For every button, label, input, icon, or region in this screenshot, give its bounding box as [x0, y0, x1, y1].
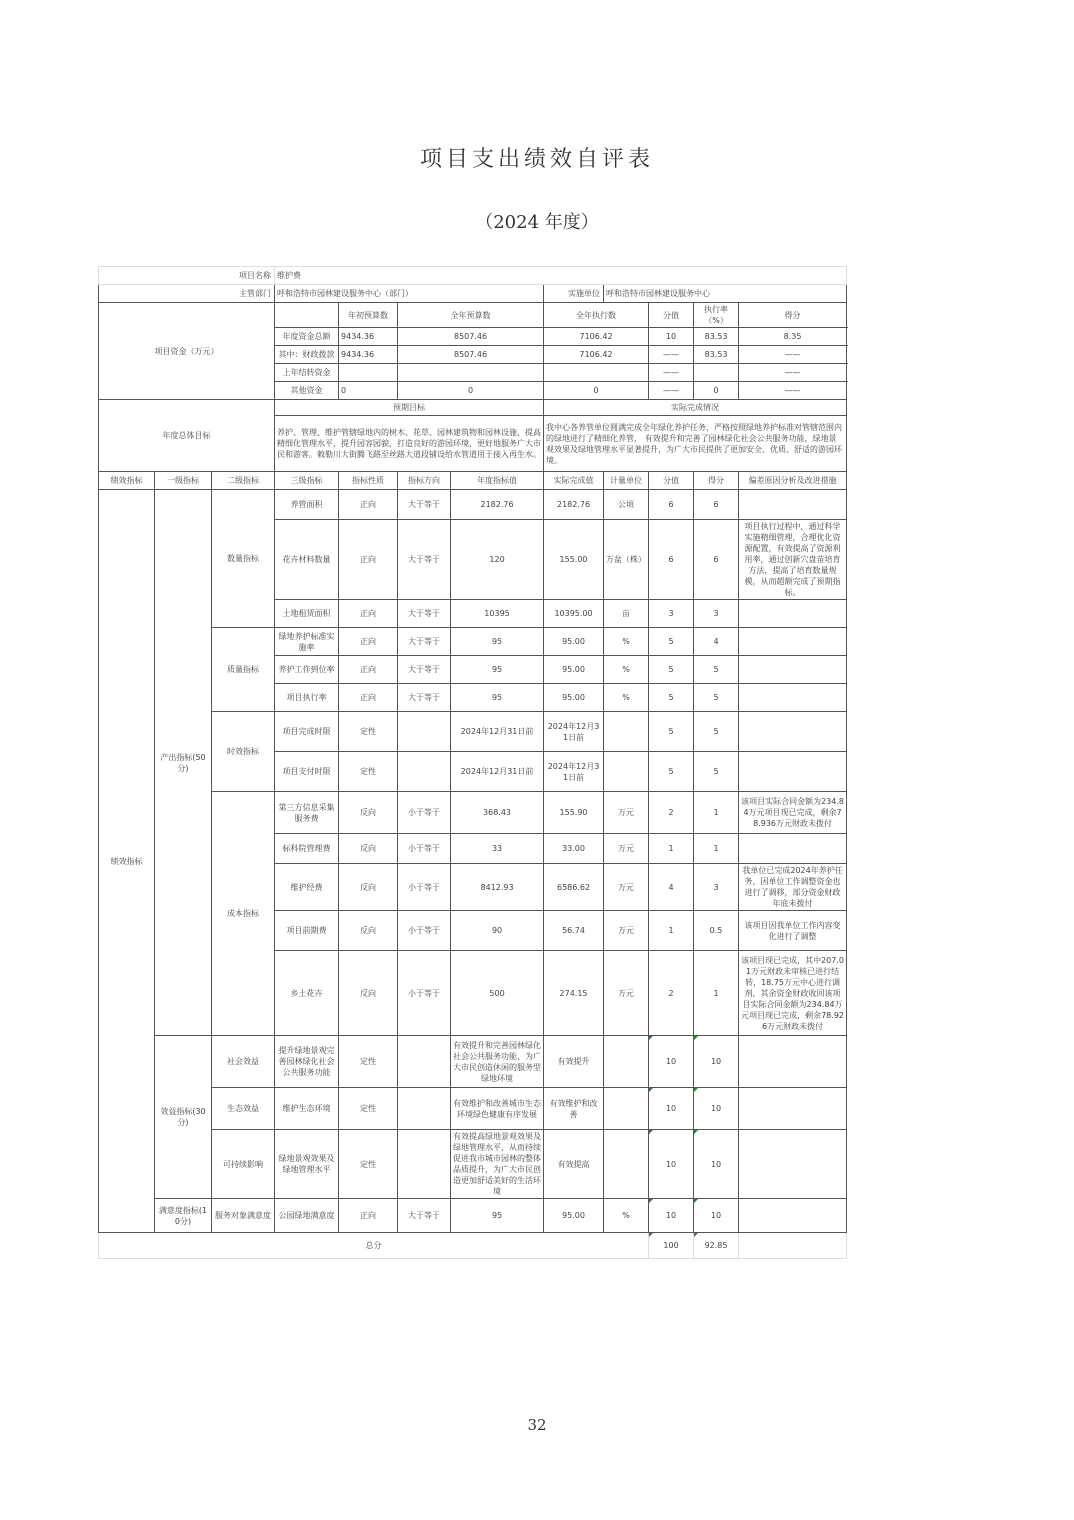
project-name: 维护费: [275, 267, 847, 285]
annual-target: 有效提升和完善园林绿化社会公共服务功能，为广大市民创造休闲的服务型绿地环境: [451, 1036, 544, 1088]
score: ——: [739, 382, 847, 400]
indicator-direction: 大于等于: [398, 684, 451, 712]
funds-row-label: 其中：财政拨款: [275, 346, 339, 364]
unit: 亩: [604, 600, 649, 628]
actual-value: 155.00: [544, 520, 604, 600]
actual-value: 2024年12月31日前: [544, 712, 604, 752]
level3-indicator: 养管面积: [275, 490, 339, 520]
unit: %: [604, 656, 649, 684]
level2-indicator: 可持续影响: [212, 1130, 275, 1199]
unit: 公顷: [604, 490, 649, 520]
score-value: 10: [649, 1036, 694, 1088]
score: 8.35: [739, 328, 847, 346]
indicator-nature: 定性: [339, 712, 398, 752]
score-value: 1: [649, 911, 694, 951]
score: 10: [694, 1088, 739, 1130]
document-title: 项目支出绩效自评表: [0, 142, 1074, 173]
score-value: ——: [649, 346, 694, 364]
initial-budget: [339, 364, 398, 382]
executed-amount: 7106.42: [544, 328, 649, 346]
indicator-direction: [398, 1130, 451, 1199]
deviation-note: 该项目实际合同金额为234.84万元项目现已完成，剩余78.936万元财政未拨付: [739, 792, 847, 834]
initial-budget: 9434.36: [339, 328, 398, 346]
indicator-nature: 反向: [339, 864, 398, 911]
indicator-row: 满意度指标(10分)服务对象满意度公园绿地满意度正向大于等于9595.00%10…: [99, 1199, 847, 1233]
level3-indicator: 公园绿地满意度: [275, 1199, 339, 1233]
impl-label: 实施单位: [544, 285, 604, 303]
indicator-direction: 小于等于: [398, 834, 451, 864]
level3-indicator: 养护工作到位率: [275, 656, 339, 684]
indicator-row: 可持续影响绿地景观效果及绿地管理水平定性有效提高绿地景观效果及绿地管理水平，从而…: [99, 1130, 847, 1199]
actual-value: 有效提升: [544, 1036, 604, 1088]
execution-rate: 83.53: [694, 328, 739, 346]
indicator-header: 年度指标值: [451, 472, 544, 490]
level3-indicator: 绿地景观效果及绿地管理水平: [275, 1130, 339, 1199]
indicator-header: 分值: [649, 472, 694, 490]
level2-indicator: 数量指标: [212, 490, 275, 628]
indicator-direction: 大于等于: [398, 628, 451, 656]
deviation-note: [739, 1036, 847, 1088]
score: 1: [694, 951, 739, 1036]
full-budget: 0: [398, 382, 544, 400]
unit: [604, 752, 649, 792]
level2-indicator: 生态效益: [212, 1088, 275, 1130]
total-note: [739, 1233, 847, 1259]
impl-value: 呼和浩特市园林建设服务中心: [604, 285, 847, 303]
indicator-header: 二级指标: [212, 472, 275, 490]
deviation-note: [739, 834, 847, 864]
actual-value: 56.74: [544, 911, 604, 951]
deviation-note: [739, 684, 847, 712]
indicator-row: 效益指标(30分)社会效益提升绿地景观完善园林绿化社会公共服务功能定性有效提升和…: [99, 1036, 847, 1088]
funds-header: 全年执行数: [544, 303, 649, 328]
annual-target: 500: [451, 951, 544, 1036]
unit: [604, 712, 649, 752]
score: 1: [694, 792, 739, 834]
actual-value: 95.00: [544, 684, 604, 712]
indicator-header: 绩效指标: [99, 472, 155, 490]
score: 3: [694, 600, 739, 628]
indicator-row: 绩效指标产出指标(50分)数量指标养管面积正向大于等于2182.762182.7…: [99, 490, 847, 520]
actual-goal-text: 我中心各养管单位圆满完成全年绿化养护任务，严格按照绿地养护标准对管辖范围内的绿地…: [544, 416, 847, 472]
level3-indicator: 项目执行率: [275, 684, 339, 712]
score-value: 10: [649, 1088, 694, 1130]
dept-value: 呼和浩特市园林建设服务中心（部门）: [275, 285, 544, 303]
executed-amount: 7106.42: [544, 346, 649, 364]
annual-target: 2182.76: [451, 490, 544, 520]
actual-value: 95.00: [544, 656, 604, 684]
unit: 万元: [604, 792, 649, 834]
goal-label: 年度总体目标: [99, 400, 275, 472]
score: ——: [739, 346, 847, 364]
document-subtitle: （2024 年度）: [0, 208, 1074, 234]
deviation-note: [739, 1130, 847, 1199]
level2-indicator: 时效指标: [212, 712, 275, 792]
indicator-header: 计量单位: [604, 472, 649, 490]
unit: 万元: [604, 864, 649, 911]
actual-value: 有效维护和改善: [544, 1088, 604, 1130]
execution-rate: 83.53: [694, 346, 739, 364]
level2-indicator: 成本指标: [212, 792, 275, 1036]
score: 5: [694, 656, 739, 684]
deviation-note: [739, 1199, 847, 1233]
indicator-header: 指标性质: [339, 472, 398, 490]
level2-indicator: 社会效益: [212, 1036, 275, 1088]
score: 10: [694, 1036, 739, 1088]
annual-target: 120: [451, 520, 544, 600]
unit: 万元: [604, 951, 649, 1036]
unit: [604, 1130, 649, 1199]
executed-amount: 0: [544, 382, 649, 400]
unit: 万元: [604, 834, 649, 864]
indicator-nature: 反向: [339, 911, 398, 951]
annual-target: 10395: [451, 600, 544, 628]
total-row: 总分10092.85: [99, 1233, 847, 1259]
score-value: 10: [649, 328, 694, 346]
deviation-note: [739, 712, 847, 752]
total-score-value: 100: [649, 1233, 694, 1259]
indicator-direction: [398, 712, 451, 752]
level3-indicator: 绿地养护标准实施率: [275, 628, 339, 656]
unit: %: [604, 1199, 649, 1233]
annual-target: 95: [451, 1199, 544, 1233]
self-evaluation-table: 项目名称 维护费 主管部门 呼和浩特市园林建设服务中心（部门） 实施单位 呼和浩…: [98, 266, 847, 1259]
level3-indicator: 第三方信息采集服务费: [275, 792, 339, 834]
actual-goal-label: 实际完成情况: [544, 400, 847, 416]
indicator-header: 指标方向: [398, 472, 451, 490]
score-value: 5: [649, 656, 694, 684]
level3-indicator: 维护经费: [275, 864, 339, 911]
deviation-note: 该项目因我单位工作内容变化进行了调整: [739, 911, 847, 951]
score: 10: [694, 1199, 739, 1233]
indicator-direction: 大于等于: [398, 520, 451, 600]
annual-target: 90: [451, 911, 544, 951]
actual-value: 2024年12月31日前: [544, 752, 604, 792]
full-budget: [398, 364, 544, 382]
score: 6: [694, 520, 739, 600]
annual-target: 8412.93: [451, 864, 544, 911]
project-name-label: 项目名称: [99, 267, 275, 285]
indicator-header: 偏差原因分析及改进措施: [739, 472, 847, 490]
score: 4: [694, 628, 739, 656]
actual-value: 33.00: [544, 834, 604, 864]
indicator-nature: 正向: [339, 656, 398, 684]
total-score: 92.85: [694, 1233, 739, 1259]
actual-value: 95.00: [544, 628, 604, 656]
indicator-direction: 大于等于: [398, 600, 451, 628]
indicator-direction: 小于等于: [398, 911, 451, 951]
score: 6: [694, 490, 739, 520]
dept-label: 主管部门: [99, 285, 275, 303]
deviation-note: 项目执行过程中，通过科学实施精细管理，合理优化资源配置，有效提高了资源利用率，通…: [739, 520, 847, 600]
indicator-direction: 小于等于: [398, 951, 451, 1036]
score-value: 6: [649, 490, 694, 520]
indicator-nature: 定性: [339, 752, 398, 792]
deviation-note: 该项目现已完成，其中207.01万元财政未审核已进行结转，18.75万元中心进行…: [739, 951, 847, 1036]
initial-budget: 0: [339, 382, 398, 400]
indicator-direction: 小于等于: [398, 864, 451, 911]
level3-indicator: 项目支付时限: [275, 752, 339, 792]
indicator-nature: 正向: [339, 520, 398, 600]
indicator-direction: 大于等于: [398, 1199, 451, 1233]
indicator-direction: 大于等于: [398, 490, 451, 520]
score: 5: [694, 752, 739, 792]
score-value: 3: [649, 600, 694, 628]
score-value: 10: [649, 1130, 694, 1199]
execution-rate: 0: [694, 382, 739, 400]
executed-amount: [544, 364, 649, 382]
score: ——: [739, 364, 847, 382]
indicator-nature: 反向: [339, 792, 398, 834]
page-number: 32: [0, 1416, 1074, 1434]
deviation-note: [739, 656, 847, 684]
indicator-row: 成本指标第三方信息采集服务费反向小于等于368.43155.90万元21该项目实…: [99, 792, 847, 834]
indicator-nature: 正向: [339, 684, 398, 712]
full-budget: 8507.46: [398, 346, 544, 364]
level2-indicator: 质量指标: [212, 628, 275, 712]
indicator-nature: 反向: [339, 951, 398, 1036]
level3-indicator: 项目前期费: [275, 911, 339, 951]
total-label: 总分: [99, 1233, 649, 1259]
score-value: 10: [649, 1199, 694, 1233]
funds-row-label: 年度资金总额: [275, 328, 339, 346]
annual-target: 2024年12月31日前: [451, 752, 544, 792]
annual-target: 95: [451, 656, 544, 684]
level1-indicator: 效益指标(30分): [155, 1036, 212, 1199]
score: 3: [694, 864, 739, 911]
unit: [604, 1088, 649, 1130]
level3-indicator: 维护生态环境: [275, 1088, 339, 1130]
full-budget: 8507.46: [398, 328, 544, 346]
level3-indicator: 乡土花卉: [275, 951, 339, 1036]
funds-header: 全年预算数: [398, 303, 544, 328]
score-value: 6: [649, 520, 694, 600]
deviation-note: 我单位已完成2024年养护任务，因单位工作调整资金也进行了调移，部分资金财政年底…: [739, 864, 847, 911]
funds-header: 得分: [739, 303, 847, 328]
funds-header-blank: [275, 303, 339, 328]
level3-indicator: 土地租赁面积: [275, 600, 339, 628]
unit: [604, 1036, 649, 1088]
actual-value: 有效提高: [544, 1130, 604, 1199]
expected-goal-text: 养护、管理、维护管辖绿地内的树木、花草、园林建筑物和园林设施，提高精细化管理水平…: [275, 416, 544, 472]
annual-target: 2024年12月31日前: [451, 712, 544, 752]
deviation-note: [739, 490, 847, 520]
initial-budget: 9434.36: [339, 346, 398, 364]
indicator-nature: 正向: [339, 600, 398, 628]
score: 5: [694, 712, 739, 752]
indicator-header: 得分: [694, 472, 739, 490]
indicator-header: 实际完成值: [544, 472, 604, 490]
actual-value: 10395.00: [544, 600, 604, 628]
score: 10: [694, 1130, 739, 1199]
indicator-nature: 正向: [339, 490, 398, 520]
indicator-direction: [398, 1036, 451, 1088]
score-value: 1: [649, 834, 694, 864]
level1-indicator: 产出指标(50分): [155, 490, 212, 1036]
actual-value: 6586.62: [544, 864, 604, 911]
deviation-note: [739, 600, 847, 628]
funds-label: 项目资金（万元）: [99, 303, 275, 400]
score-value: 5: [649, 752, 694, 792]
level3-indicator: 花卉材料数量: [275, 520, 339, 600]
execution-rate: [694, 364, 739, 382]
funds-header: 分值: [649, 303, 694, 328]
score: 0.5: [694, 911, 739, 951]
score-value: 5: [649, 628, 694, 656]
indicator-nature: 定性: [339, 1130, 398, 1199]
deviation-note: [739, 628, 847, 656]
indicator-direction: [398, 752, 451, 792]
funds-header: 执行率（%）: [694, 303, 739, 328]
score-value: 5: [649, 712, 694, 752]
funds-row-label: 其他资金: [275, 382, 339, 400]
funds-header: 年初预算数: [339, 303, 398, 328]
actual-value: 274.15: [544, 951, 604, 1036]
unit: %: [604, 628, 649, 656]
score-value: ——: [649, 382, 694, 400]
level3-indicator: 标科院管理费: [275, 834, 339, 864]
funds-row-label: 上年结转资金: [275, 364, 339, 382]
expected-goal-label: 预期目标: [275, 400, 544, 416]
actual-value: 2182.76: [544, 490, 604, 520]
score-value: ——: [649, 364, 694, 382]
unit: %: [604, 684, 649, 712]
score: 1: [694, 834, 739, 864]
deviation-note: [739, 752, 847, 792]
level3-indicator: 提升绿地景观完善园林绿化社会公共服务功能: [275, 1036, 339, 1088]
annual-target: 33: [451, 834, 544, 864]
score-value: 2: [649, 951, 694, 1036]
indicator-nature: 正向: [339, 1199, 398, 1233]
level2-indicator: 服务对象满意度: [212, 1199, 275, 1233]
unit: 万元: [604, 911, 649, 951]
level1-indicator: 满意度指标(10分): [155, 1199, 212, 1233]
indicator-header: 一级指标: [155, 472, 212, 490]
annual-target: 368.43: [451, 792, 544, 834]
indicator-direction: [398, 1088, 451, 1130]
indicator-header: 三级指标: [275, 472, 339, 490]
deviation-note: [739, 1088, 847, 1130]
annual-target: 有效提高绿地景观效果及绿地管理水平，从而持续促进我市城市园林的整体品质提升，为广…: [451, 1130, 544, 1199]
indicator-nature: 定性: [339, 1088, 398, 1130]
annual-target: 95: [451, 628, 544, 656]
score-value: 4: [649, 864, 694, 911]
indicator-nature: 定性: [339, 1036, 398, 1088]
score-value: 5: [649, 684, 694, 712]
actual-value: 155.90: [544, 792, 604, 834]
unit: 万盆（株）: [604, 520, 649, 600]
actual-value: 95.00: [544, 1199, 604, 1233]
indicator-direction: 大于等于: [398, 656, 451, 684]
indicator-row: 时效指标项目完成时限定性2024年12月31日前2024年12月31日前55: [99, 712, 847, 752]
indicator-row: 生态效益维护生态环境定性有效维护和改善城市生态环境绿色健康有序发展有效维护和改善…: [99, 1088, 847, 1130]
score-value: 2: [649, 792, 694, 834]
indicator-nature: 反向: [339, 834, 398, 864]
performance-indicator-label: 绩效指标: [99, 490, 155, 1233]
indicator-row: 质量指标绿地养护标准实施率正向大于等于9595.00%54: [99, 628, 847, 656]
annual-target: 95: [451, 684, 544, 712]
score: 5: [694, 684, 739, 712]
level3-indicator: 项目完成时限: [275, 712, 339, 752]
indicator-direction: 小于等于: [398, 792, 451, 834]
annual-target: 有效维护和改善城市生态环境绿色健康有序发展: [451, 1088, 544, 1130]
indicator-nature: 正向: [339, 628, 398, 656]
